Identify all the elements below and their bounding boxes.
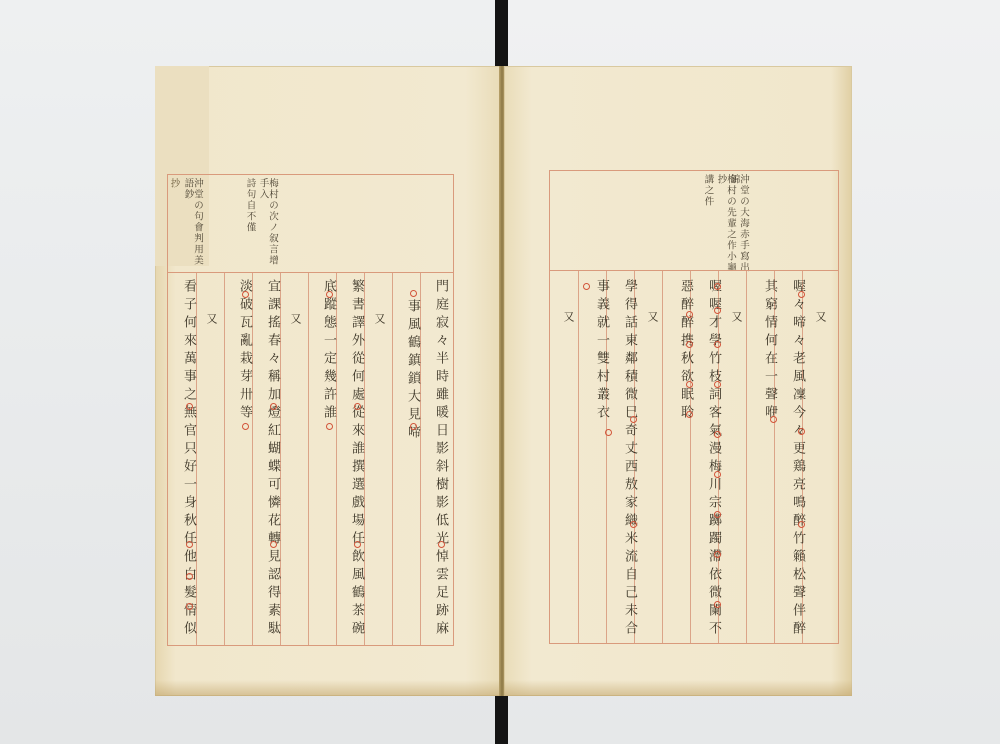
- red-circle-mark: [605, 429, 612, 436]
- red-circle-mark: [686, 311, 693, 318]
- red-circle-mark: [410, 290, 417, 297]
- column-rule: [364, 273, 365, 645]
- header-note: 詩句自不僅: [245, 178, 255, 238]
- open-book: 抄 沖堂の句會判用美語鈔 梅村の次ノ叙言增手入 詩句自不僅 門庭寂々半時雖暖日影…: [155, 66, 852, 696]
- text-column: 看子何來萬事之無官只好一身秋任他白髮情似: [182, 279, 195, 644]
- text-column: 繁書譯外從何處從來誰撰選戲場任飲風鶴茶碗: [350, 279, 363, 644]
- right-page: 沖堂の大海赤手寫出錦 梅村の先輩之作小龜抄 講之件 又 喔々啼々老風凜今々更鶏亮…: [504, 66, 852, 696]
- red-circle-mark: [714, 511, 721, 518]
- right-text-frame: 又 喔々啼々老風凜今々更鶏亮鳴醉竹籟松聲伴醉 其窮情何在一聲咿 又 喔喔才學竹枝…: [549, 270, 839, 644]
- column-rule: [420, 273, 421, 645]
- column-rule: [308, 273, 309, 645]
- text-column: 底蹤態一定幾許誰: [322, 279, 335, 423]
- red-circle-mark: [714, 381, 721, 388]
- red-circle-mark: [242, 291, 249, 298]
- margin-label: 抄: [169, 178, 179, 189]
- text-column: 淡破瓦亂栽芽卅等: [238, 279, 251, 423]
- left-header-box: [167, 174, 454, 273]
- red-circle-mark: [583, 283, 590, 290]
- red-circle-mark: [714, 307, 721, 314]
- red-circle-mark: [714, 283, 721, 290]
- header-note: 梅村の次ノ叙言增手入: [258, 178, 277, 276]
- red-circle-mark: [714, 471, 721, 478]
- text-column: 惡醉醉携秋欲眠聆: [679, 279, 692, 423]
- red-circle-mark: [186, 573, 193, 580]
- header-note: 梅村の先輩之作小龜抄: [716, 174, 735, 274]
- red-circle-mark: [714, 551, 721, 558]
- red-circle-mark: [438, 541, 445, 548]
- red-circle-mark: [326, 291, 333, 298]
- red-circle-mark: [186, 541, 193, 548]
- red-circle-mark: [798, 521, 805, 528]
- red-circle-mark: [798, 428, 805, 435]
- red-circle-mark: [686, 341, 693, 348]
- red-circle-mark: [410, 423, 417, 430]
- column-rule: [746, 271, 747, 643]
- column-rule: [392, 273, 393, 645]
- text-column: 又: [731, 311, 742, 327]
- text-column: 又: [815, 311, 826, 327]
- red-circle-mark: [798, 291, 805, 298]
- left-text-frame: 門庭寂々半時雖暖日影斜樹影低光悼雲足跡麻 事風鶴鎮鎖大見啼 又 繁書譯外從何處從…: [167, 272, 454, 646]
- red-circle-mark: [770, 416, 777, 423]
- red-circle-mark: [354, 403, 361, 410]
- red-circle-mark: [270, 541, 277, 548]
- red-circle-mark: [630, 521, 637, 528]
- column-rule: [578, 271, 579, 643]
- red-circle-mark: [242, 423, 249, 430]
- column-rule: [224, 273, 225, 645]
- text-column: 門庭寂々半時雖暖日影斜樹影低光悼雲足跡麻: [434, 279, 447, 644]
- text-column: 喔々啼々老風凜今々更鶏亮鳴醉竹籟松聲伴醉: [791, 279, 804, 641]
- red-circle-mark: [630, 416, 637, 423]
- text-column: 宜課搖春々稱加燈紅蝴蝶可憐花轉見認得素駄: [266, 279, 279, 644]
- column-rule: [196, 273, 197, 645]
- text-column: 喔喔才學竹枝詞客氣漫梅川宗躑躅滯依微闌不: [707, 279, 720, 641]
- red-circle-mark: [714, 341, 721, 348]
- red-circle-mark: [714, 431, 721, 438]
- page-bottom-edge: [155, 680, 500, 696]
- text-column: 其窮情何在一聲咿: [763, 279, 776, 423]
- text-column: 事風鶴鎮鎖大見啼: [406, 299, 419, 443]
- page-bottom-edge: [504, 680, 852, 696]
- column-rule: [662, 271, 663, 643]
- text-column: 又: [206, 313, 217, 329]
- header-note: 講之件: [703, 174, 713, 207]
- red-circle-mark: [686, 381, 693, 388]
- header-note: 沖堂の句會判用美語鈔: [183, 178, 202, 276]
- column-rule: [336, 273, 337, 645]
- red-circle-mark: [270, 403, 277, 410]
- text-column: 又: [290, 313, 301, 329]
- left-page: 抄 沖堂の句會判用美語鈔 梅村の次ノ叙言增手入 詩句自不僅 門庭寂々半時雖暖日影…: [155, 66, 500, 696]
- red-circle-mark: [186, 603, 193, 610]
- text-column: 又: [563, 311, 574, 327]
- red-circle-mark: [354, 541, 361, 548]
- text-column: 又: [374, 313, 385, 329]
- red-circle-mark: [686, 411, 693, 418]
- text-column: 學得話東鄰積微巳奇丈西敖家織米流自己未合: [623, 279, 636, 641]
- red-circle-mark: [326, 423, 333, 430]
- text-column: 又: [647, 311, 658, 327]
- column-rule: [252, 273, 253, 645]
- text-column: 事義就一雙村叢衣: [595, 279, 608, 423]
- right-header-box: [549, 170, 839, 271]
- column-rule: [280, 273, 281, 645]
- red-circle-mark: [714, 601, 721, 608]
- red-circle-mark: [186, 403, 193, 410]
